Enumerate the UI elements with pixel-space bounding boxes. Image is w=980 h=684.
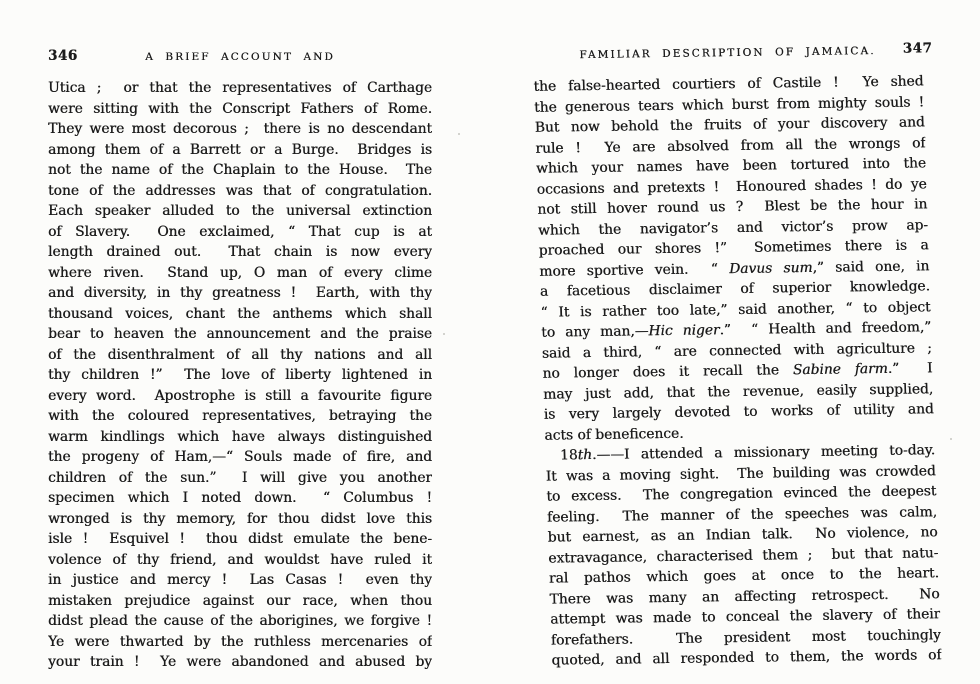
text-line: volence of thy friend, and wouldst have … [48, 550, 432, 571]
text-line: warm kindlings which have always disting… [48, 427, 432, 448]
page-number-right: 347 [902, 40, 932, 56]
text-line: isle ! Esquivel ! thou didst emulate the… [48, 529, 432, 550]
book-scan: { "theme": { "paper": "#fcfcfa", "ink": … [0, 0, 980, 684]
text-line: of the disenthralment of all thy nations… [48, 345, 432, 366]
text-line: and diversity, in thy greatness ! Earth,… [48, 283, 432, 304]
page-right-text: the false-hearted courtiers of Castile !… [533, 71, 942, 671]
page-number-left: 346 [48, 48, 78, 64]
text-line: bear to heaven the announcement and the … [48, 324, 432, 345]
scan-speck [443, 333, 445, 335]
text-line: Utica ; or that the representatives of C… [48, 78, 432, 99]
page-left-header: 346 A BRIEF ACCOUNT AND [48, 48, 432, 65]
text-line: were sitting with the Conscript Fathers … [48, 99, 432, 120]
scan-speck [950, 438, 952, 440]
page-left-text: Utica ; or that the representatives of C… [48, 78, 432, 673]
text-line: every word. Apostrophe is still a favour… [48, 386, 432, 407]
text-line: specimen which I noted down. “ Columbus … [48, 488, 432, 509]
page-right-header: FAMILIAR DESCRIPTION OF JAMAICA. 347 [532, 41, 922, 63]
running-header-right: FAMILIAR DESCRIPTION OF JAMAICA. [532, 41, 922, 61]
text-line: thousand voices, chant the anthems which… [48, 304, 432, 325]
text-line: in justice and mercy ! Las Casas ! even … [48, 570, 432, 591]
text-line: of Slavery. One exclaimed, “ That cup is… [48, 222, 432, 243]
text-line: thy children !” The love of liberty ligh… [48, 365, 432, 386]
page-right: FAMILIAR DESCRIPTION OF JAMAICA. 347 the… [532, 41, 942, 671]
text-line: didst plead the cause of the aborigines,… [48, 611, 432, 632]
text-line: where riven. Stand up, O man of every cl… [48, 263, 432, 284]
text-line: children of the sun.” I will give you an… [48, 468, 432, 489]
text-line: Each speaker alluded to the universal ex… [48, 201, 432, 222]
text-line: not the name of the Chaplain to the Hous… [48, 160, 432, 181]
text-line: the progeny of Ham,—“ Souls made of fire… [48, 447, 432, 468]
text-line: your train ! Ye were abandoned and abuse… [48, 652, 432, 673]
text-line: among them of a Barrett or a Burge. Brid… [48, 140, 432, 161]
running-header-left: A BRIEF ACCOUNT AND [48, 48, 432, 63]
scan-speck [458, 133, 460, 135]
text-line: quoted, and all responded to them, the w… [551, 645, 942, 671]
page-left: 346 A BRIEF ACCOUNT AND Utica ; or that … [48, 48, 432, 673]
text-line: They were most decorous ; there is no de… [48, 119, 432, 140]
text-line: with the coloured representatives, betra… [48, 406, 432, 427]
text-line: length drained out. That chain is now ev… [48, 242, 432, 263]
text-line: Ye were thwarted by the ruthless mercena… [48, 632, 432, 653]
text-line: wronged is thy memory, for thou didst lo… [48, 509, 432, 530]
text-line: tone of the addresses was that of congra… [48, 181, 432, 202]
text-line: mistaken prejudice against our race, whe… [48, 591, 432, 612]
